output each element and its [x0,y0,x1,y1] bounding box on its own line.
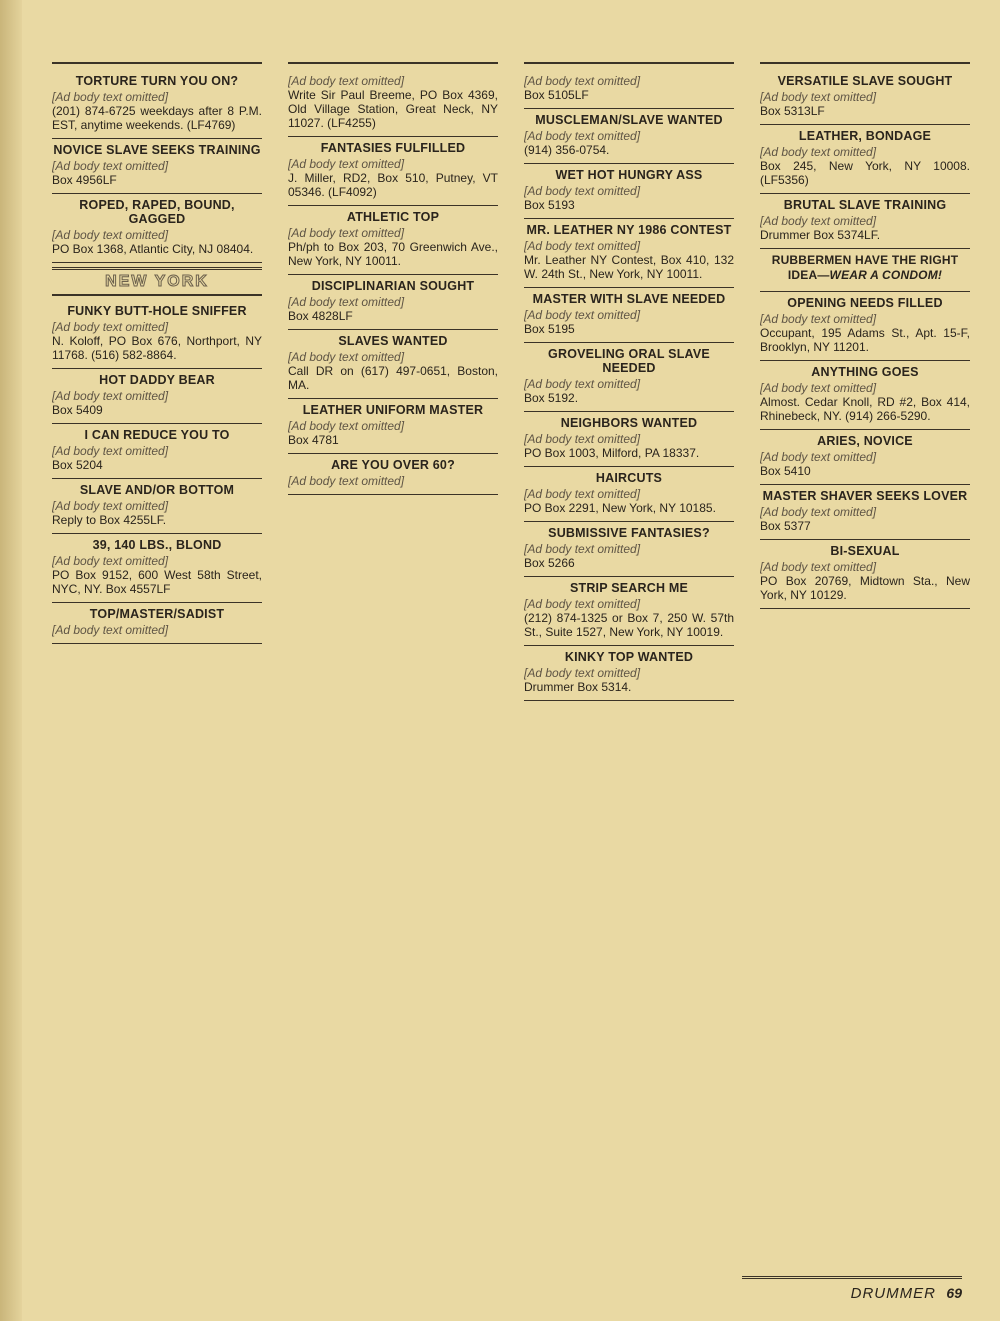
ad-body: [Ad body text omitted] [288,226,498,240]
classified-ad: TOP/MASTER/SADIST[Ad body text omitted] [52,603,262,644]
ad-body: [Ad body text omitted] [52,499,262,513]
column-1: TORTURE TURN YOU ON?[Ad body text omitte… [52,62,262,1274]
classified-ad: WET HOT HUNGRY ASS[Ad body text omitted]… [524,164,734,219]
ad-contact: Box 5409 [52,403,262,417]
classified-ad: VERSATILE SLAVE SOUGHT[Ad body text omit… [760,70,970,125]
classified-ad: HOT DADDY BEAR[Ad body text omitted]Box … [52,369,262,424]
classified-ad: KINKY TOP WANTED[Ad body text omitted]Dr… [524,646,734,701]
ad-headline: ANYTHING GOES [760,365,970,379]
ad-headline: ATHLETIC TOP [288,210,498,224]
ad-contact: Box 4828LF [288,309,498,323]
page-gutter [0,0,22,1321]
classified-ad: FANTASIES FULFILLED[Ad body text omitted… [288,137,498,206]
page-number: 69 [946,1285,962,1301]
ad-headline: KINKY TOP WANTED [524,650,734,664]
classified-ad: [Ad body text omitted]Box 5105LF [524,70,734,109]
safe-sex-notice: RUBBERMEN HAVE THE RIGHTIDEA—WEAR A COND… [760,249,970,292]
ad-headline: MUSCLEMAN/SLAVE WANTED [524,113,734,127]
ad-headline: DISCIPLINARIAN SOUGHT [288,279,498,293]
ad-contact: Box 5313LF [760,104,970,118]
ad-contact: Reply to Box 4255LF. [52,513,262,527]
ad-body: [Ad body text omitted] [524,487,734,501]
ad-headline: HOT DADDY BEAR [52,373,262,387]
ad-body: [Ad body text omitted] [524,308,734,322]
ad-headline: LEATHER UNIFORM MASTER [288,403,498,417]
ad-body: [Ad body text omitted] [52,90,262,104]
ad-headline: MR. LEATHER NY 1986 CONTEST [524,223,734,237]
classified-ad: MASTER WITH SLAVE NEEDED[Ad body text om… [524,288,734,343]
classified-ad: I CAN REDUCE YOU TO[Ad body text omitted… [52,424,262,479]
classified-ad: MASTER SHAVER SEEKS LOVER[Ad body text o… [760,485,970,540]
ad-body: [Ad body text omitted] [524,129,734,143]
ad-headline: FANTASIES FULFILLED [288,141,498,155]
ad-headline: I CAN REDUCE YOU TO [52,428,262,442]
ad-body: [Ad body text omitted] [52,389,262,403]
ad-headline: OPENING NEEDS FILLED [760,296,970,310]
ad-body: [Ad body text omitted] [288,295,498,309]
ad-headline: 39, 140 LBS., BLOND [52,538,262,552]
ad-body: [Ad body text omitted] [524,597,734,611]
ad-contact: J. Miller, RD2, Box 510, Putney, VT 0534… [288,171,498,199]
classified-ad: TORTURE TURN YOU ON?[Ad body text omitte… [52,70,262,139]
ad-contact: Ph/ph to Box 203, 70 Greenwich Ave., New… [288,240,498,268]
ad-headline: MASTER SHAVER SEEKS LOVER [760,489,970,503]
ad-body: [Ad body text omitted] [288,157,498,171]
ad-body: [Ad body text omitted] [288,74,498,88]
ad-headline: SLAVE AND/OR BOTTOM [52,483,262,497]
classified-ad: MR. LEATHER NY 1986 CONTEST[Ad body text… [524,219,734,288]
ad-contact: Box 5105LF [524,88,734,102]
ad-contact: Box 4781 [288,433,498,447]
page-footer: DRUMMER 69 [742,1276,962,1303]
ad-body: [Ad body text omitted] [760,312,970,326]
ad-headline: NEIGHBORS WANTED [524,416,734,430]
ad-body: [Ad body text omitted] [52,623,262,637]
ad-headline: GROVELING ORAL SLAVE NEEDED [524,347,734,375]
classified-ad: ATHLETIC TOP[Ad body text omitted]Ph/ph … [288,206,498,275]
ad-contact: Box 5192. [524,391,734,405]
ad-headline: NOVICE SLAVE SEEKS TRAINING [52,143,262,157]
ad-contact: Drummer Box 5314. [524,680,734,694]
ad-contact: Box 5195 [524,322,734,336]
ad-headline: ARIES, NOVICE [760,434,970,448]
classified-ad: GROVELING ORAL SLAVE NEEDED[Ad body text… [524,343,734,412]
ad-headline: ARE YOU OVER 60? [288,458,498,472]
classified-ad: MUSCLEMAN/SLAVE WANTED[Ad body text omit… [524,109,734,164]
ad-contact: Box 5193 [524,198,734,212]
ad-contact: PO Box 1368, Atlantic City, NJ 08404. [52,242,262,256]
ad-contact: (914) 356-0754. [524,143,734,157]
ad-headline: VERSATILE SLAVE SOUGHT [760,74,970,88]
ad-headline: LEATHER, BONDAGE [760,129,970,143]
ad-contact: Almost. Cedar Knoll, RD #2, Box 414, Rhi… [760,395,970,423]
ad-headline: ROPED, RAPED, BOUND, GAGGED [52,198,262,226]
ad-body: [Ad body text omitted] [524,542,734,556]
ad-headline: STRIP SEARCH ME [524,581,734,595]
ad-contact: Box 5410 [760,464,970,478]
ad-body: [Ad body text omitted] [524,239,734,253]
ad-body: [Ad body text omitted] [760,381,970,395]
ad-body: [Ad body text omitted] [52,444,262,458]
classified-ad: [Ad body text omitted]Write Sir Paul Bre… [288,70,498,137]
ad-body: [Ad body text omitted] [52,554,262,568]
ad-headline: HAIRCUTS [524,471,734,485]
ad-headline: BI-SEXUAL [760,544,970,558]
ad-body: [Ad body text omitted] [52,228,262,242]
ad-contact: Box 4956LF [52,173,262,187]
ad-contact: (212) 874-1325 or Box 7, 250 W. 57th St.… [524,611,734,639]
ad-body: [Ad body text omitted] [288,419,498,433]
column-4: VERSATILE SLAVE SOUGHT[Ad body text omit… [760,62,970,1274]
classified-ad: SLAVE AND/OR BOTTOM[Ad body text omitted… [52,479,262,534]
classified-ad: BI-SEXUAL[Ad body text omitted]PO Box 20… [760,540,970,609]
ad-body: [Ad body text omitted] [760,145,970,159]
ad-contact: Box 5266 [524,556,734,570]
column-2: [Ad body text omitted]Write Sir Paul Bre… [288,62,498,1274]
classifieds-columns: TORTURE TURN YOU ON?[Ad body text omitte… [52,62,970,1274]
ad-contact: Box 5377 [760,519,970,533]
ad-headline: SUBMISSIVE FANTASIES? [524,526,734,540]
classified-ad: DISCIPLINARIAN SOUGHT[Ad body text omitt… [288,275,498,330]
ad-contact: PO Box 1003, Milford, PA 18337. [524,446,734,460]
ad-headline: TORTURE TURN YOU ON? [52,74,262,88]
ad-body: [Ad body text omitted] [52,159,262,173]
ad-body: [Ad body text omitted] [760,90,970,104]
ad-contact: Call DR on (617) 497-0651, Boston, MA. [288,364,498,392]
ad-contact: Occupant, 195 Adams St., Apt. 15-F, Broo… [760,326,970,354]
classified-ad: OPENING NEEDS FILLED[Ad body text omitte… [760,292,970,361]
ad-body: [Ad body text omitted] [52,320,262,334]
ad-contact: Box 245, New York, NY 10008. (LF5356) [760,159,970,187]
ad-body: [Ad body text omitted] [760,214,970,228]
ad-body: [Ad body text omitted] [524,377,734,391]
ad-body: [Ad body text omitted] [288,350,498,364]
ad-body: [Ad body text omitted] [760,505,970,519]
ad-body: [Ad body text omitted] [760,450,970,464]
classified-ad: SLAVES WANTED[Ad body text omitted]Call … [288,330,498,399]
ad-contact: N. Koloff, PO Box 676, Northport, NY 117… [52,334,262,362]
classified-ad: 39, 140 LBS., BLOND[Ad body text omitted… [52,534,262,603]
classified-ad: BRUTAL SLAVE TRAINING[Ad body text omitt… [760,194,970,249]
ad-contact: Mr. Leather NY Contest, Box 410, 132 W. … [524,253,734,281]
ad-contact: Write Sir Paul Breeme, PO Box 4369, Old … [288,88,498,130]
classified-ad: HAIRCUTS[Ad body text omitted]PO Box 229… [524,467,734,522]
ad-contact: PO Box 2291, New York, NY 10185. [524,501,734,515]
ad-contact: (201) 874-6725 weekdays after 8 P.M. EST… [52,104,262,132]
ad-body: [Ad body text omitted] [524,666,734,680]
ad-body: [Ad body text omitted] [524,74,734,88]
ad-body: [Ad body text omitted] [524,184,734,198]
ad-body: [Ad body text omitted] [524,432,734,446]
classified-ad: ARE YOU OVER 60?[Ad body text omitted] [288,454,498,495]
classified-ad: FUNKY BUTT-HOLE SNIFFER[Ad body text omi… [52,300,262,369]
classified-ad: STRIP SEARCH ME[Ad body text omitted](21… [524,577,734,646]
classified-ad: LEATHER UNIFORM MASTER[Ad body text omit… [288,399,498,454]
classified-ad: NOVICE SLAVE SEEKS TRAINING[Ad body text… [52,139,262,194]
ad-contact: PO Box 9152, 600 West 58th Street, NYC, … [52,568,262,596]
ad-headline: BRUTAL SLAVE TRAINING [760,198,970,212]
ad-headline: FUNKY BUTT-HOLE SNIFFER [52,304,262,318]
notice-text: RUBBERMEN HAVE THE RIGHTIDEA—WEAR A COND… [760,253,970,283]
ad-contact: Box 5204 [52,458,262,472]
ad-headline: SLAVES WANTED [288,334,498,348]
classified-ad: NEIGHBORS WANTED[Ad body text omitted]PO… [524,412,734,467]
classified-ad: LEATHER, BONDAGE[Ad body text omitted]Bo… [760,125,970,194]
ad-headline: WET HOT HUNGRY ASS [524,168,734,182]
publication-name: DRUMMER [851,1285,936,1302]
section-header: NEW YORK [52,267,262,296]
ad-body: [Ad body text omitted] [760,560,970,574]
ad-contact: Drummer Box 5374LF. [760,228,970,242]
classified-ad: SUBMISSIVE FANTASIES?[Ad body text omitt… [524,522,734,577]
column-3: [Ad body text omitted]Box 5105LFMUSCLEMA… [524,62,734,1274]
classified-ad: ROPED, RAPED, BOUND, GAGGED[Ad body text… [52,194,262,263]
ad-body: [Ad body text omitted] [288,474,498,488]
ad-headline: MASTER WITH SLAVE NEEDED [524,292,734,306]
ad-headline: TOP/MASTER/SADIST [52,607,262,621]
classified-ad: ARIES, NOVICE[Ad body text omitted]Box 5… [760,430,970,485]
classified-ad: ANYTHING GOES[Ad body text omitted]Almos… [760,361,970,430]
ad-contact: PO Box 20769, Midtown Sta., New York, NY… [760,574,970,602]
